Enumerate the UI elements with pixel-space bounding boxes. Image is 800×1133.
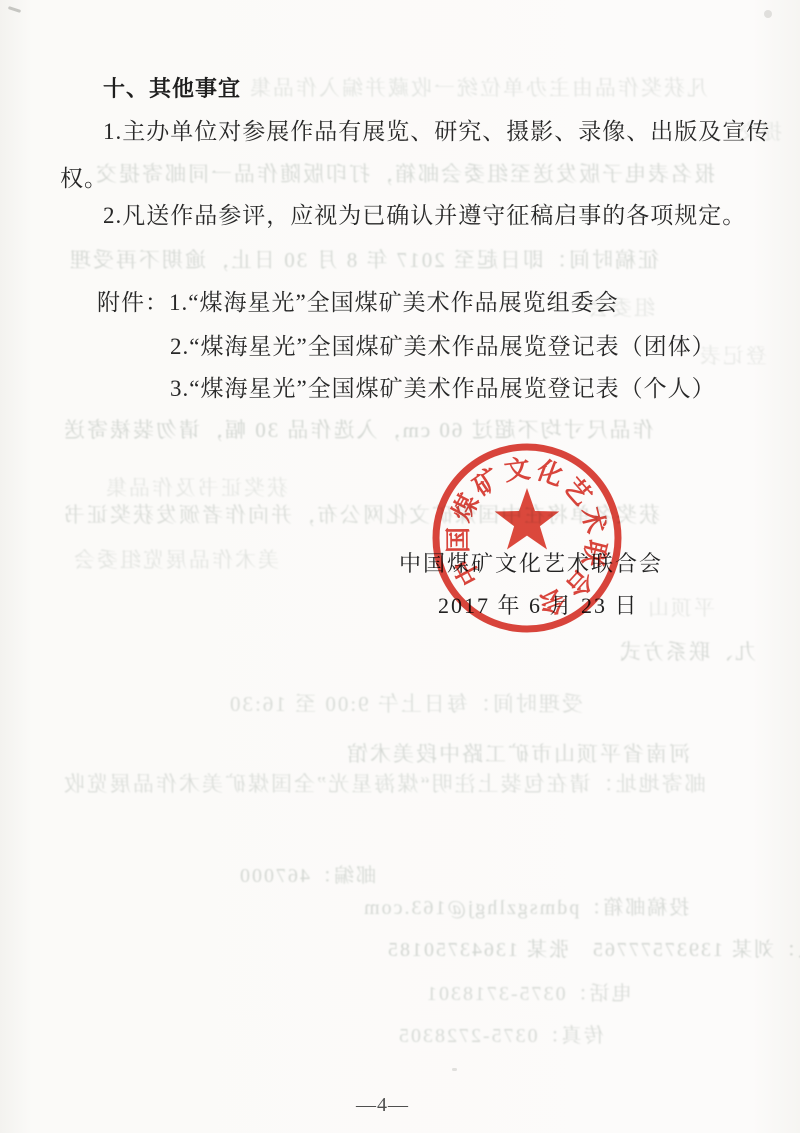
- bleedthrough-text: 报名表电子版发送至组委会邮箱，打印版随作品一同邮寄提交: [94, 158, 715, 188]
- bleedthrough-text: 美术作品展览组委会: [72, 544, 279, 574]
- attachment-list-item-2: 2.“煤海星光”全国煤矿美术作品展览登记表（团体）: [170, 328, 716, 361]
- bleedthrough-text: 平顶山: [646, 592, 715, 622]
- seal-ring-text-container: 中国煤矿文化艺术联合会: [444, 454, 611, 621]
- paragraph-2: 2.凡送作品参评，应视为已确认并遵守征稿启事的各项规定。: [103, 197, 746, 230]
- page-number: —4—: [356, 1094, 409, 1117]
- bleedthrough-text: 九、联系方式: [618, 636, 756, 666]
- section-heading: 十、其他事宜: [103, 72, 241, 103]
- bleedthrough-text: 电话：0375-3718301: [425, 977, 632, 1006]
- bleedthrough-text: 获奖证书及作品集: [104, 472, 288, 502]
- scan-artifact-speck: [764, 10, 772, 18]
- scan-artifact-speck: [452, 1068, 457, 1071]
- attachment-list-item-1: 附件：1.“煤海星光”全国煤矿美术作品展览组委会: [97, 284, 619, 317]
- bleedthrough-text: 联系人：刘某 13937577765 张某 13643750185: [386, 933, 800, 962]
- bleedthrough-text: 投稿邮箱：pdmsgzlhgj@163.com: [362, 891, 689, 920]
- bleedthrough-text: 传真：0375-2728305: [397, 1019, 604, 1048]
- paragraph-1-line-2: 权。: [60, 160, 108, 193]
- star-icon: [495, 488, 560, 550]
- bleedthrough-text: 邮编：467000: [238, 859, 376, 888]
- paragraph-1-line-1: 1.主办单位对参展作品有展览、研究、摄影、录像、出版及宣传: [103, 113, 770, 146]
- attachment-list-item-3: 3.“煤海星光”全国煤矿美术作品展览登记表（个人）: [170, 370, 716, 403]
- official-seal-stamp: 中国煤矿文化艺术联合会: [417, 428, 637, 648]
- bleedthrough-text: 受理时间：每日上午 9:00 至 16:30: [228, 688, 583, 718]
- bleedthrough-text: 河南省平顶山市矿工路中段美术馆: [345, 738, 690, 768]
- bleedthrough-text: 征稿时间：即日起至 2017 年 8 月 30 日止，逾期不再受理: [68, 244, 659, 274]
- seal-ring-text: 中国煤矿文化艺术联合会: [444, 454, 611, 621]
- scanned-document-page: 凡获奖作品由主办单位统一收藏并编入作品集 提交 报名表电子版发送至组委会邮箱，打…: [0, 0, 800, 1133]
- bleedthrough-text: 凡获奖作品由主办单位统一收藏并编入作品集: [248, 72, 708, 102]
- bleedthrough-text: 邮寄地址：请在包装上注明“煤海星光”全国煤矿美术作品展览收: [62, 768, 706, 798]
- scan-artifact-speck: [8, 6, 21, 13]
